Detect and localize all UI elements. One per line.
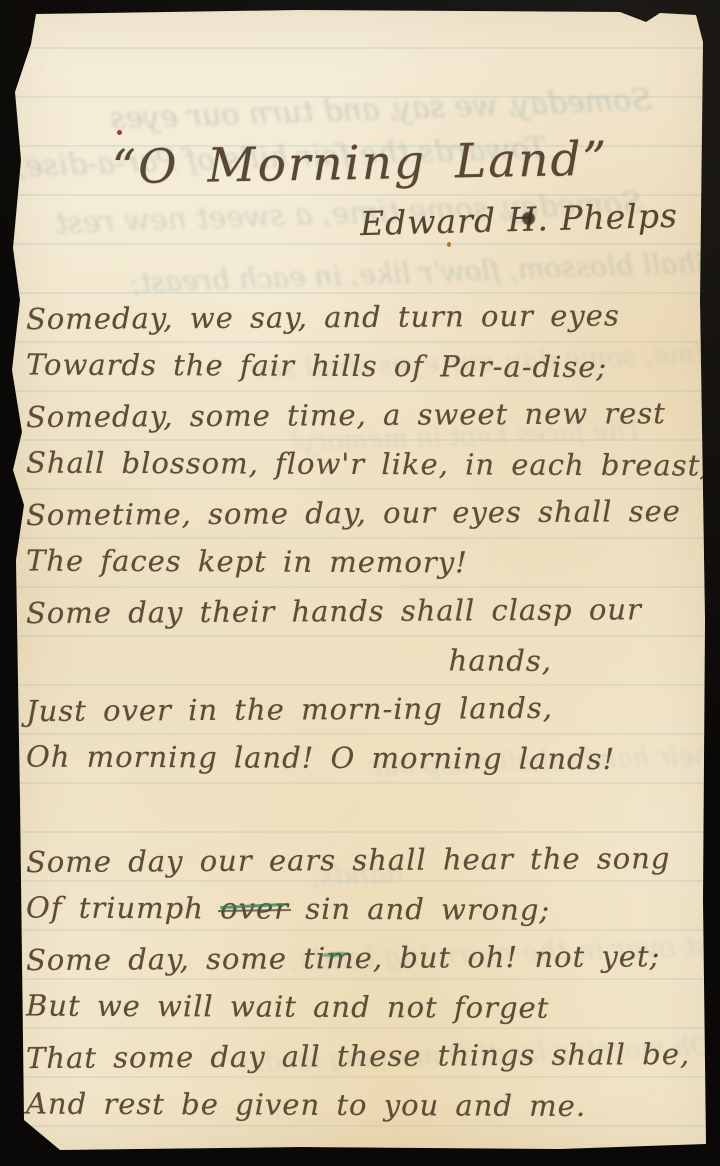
letter-paper: Someday, we say, and turn our eyesToward… [0, 0, 720, 1166]
poem-stanza-2: Some day our ears shall hear the songOf … [26, 836, 702, 1130]
poem-line: The faces kept in memory! [26, 537, 702, 589]
poem-line: Some day our ears shall hear the song [26, 834, 702, 887]
poem-line: Towards the fair hills of Par-a-dise; [26, 341, 702, 393]
poem-line: Someday, we say, and turn our eyes [26, 291, 702, 344]
poem-line: Someday, some time, a sweet new rest [26, 389, 702, 442]
ink-speck [117, 130, 122, 135]
poem-stanza-1: Someday, we say, and turn our eyesToward… [26, 293, 702, 783]
poem-line: Shall blossom, flow'r like, in each brea… [26, 439, 702, 491]
struck-word: over [220, 891, 289, 925]
poem-line: hands, [26, 635, 702, 687]
bleed-through-text: Someday, we say, and turn our eyes [110, 83, 653, 137]
scanned-manuscript: Someday, we say, and turn our eyesToward… [0, 0, 720, 1166]
ink-blot [522, 212, 535, 225]
poem-line: Oh morning land! O morning lands! [26, 733, 702, 785]
poem-line: Some day, some time, but oh! not yet; [26, 932, 702, 985]
poem-line: Some day their hands shall clasp our [26, 585, 702, 638]
poem-author: Edward H. Phelps [360, 196, 679, 243]
poem-line: Just over in the morn-ing lands, [26, 683, 702, 736]
poem-title: “O Morning Land” [112, 134, 609, 194]
poem-line: And rest be given to you and me. [26, 1080, 702, 1132]
poem-line: Of triumph over sin and wrong; [26, 884, 702, 936]
poem-line: But we will wait and not forget [26, 982, 702, 1034]
poem-line: Sometime, some day, our eyes shall see [26, 487, 702, 540]
ink-speck [447, 242, 451, 247]
poem-line: That some day all these things shall be, [26, 1030, 702, 1083]
